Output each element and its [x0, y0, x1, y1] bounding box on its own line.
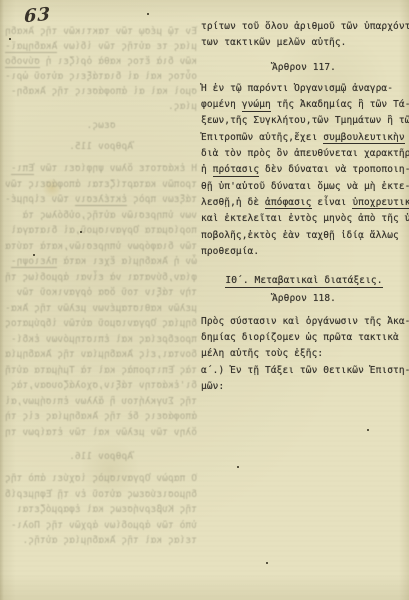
text-line: Ἡ ἐν τῷ παρόντι Ὀργανισμῷ ἀναγρα-	[201, 81, 407, 97]
article-heading: ΙΘ΄. Μεταβατικαὶ διατάξεις.	[201, 273, 407, 289]
text-line: μέλη αὐτῆς τοὺς ἑξῆς:	[201, 346, 407, 362]
text-line: Ἄρθρον 116.	[5, 449, 197, 464]
ink-speck	[9, 38, 11, 40]
text-line: τείας καὶ τῆς Ἀκαδημίας αὐτῆς.	[5, 533, 197, 549]
text-line: τῆς Συγκλήτου ἢ ἄλλων ἐπισήμων,αἱ	[5, 394, 197, 410]
text-line: τρίτων τοῦ ὅλου ἀριθμοῦ τῶν ὑπαρχόντων	[201, 19, 407, 35]
text-line: μίας τε αὐτῆς τῶν ἰδίων Ἀκαδημαϊ-	[5, 39, 197, 54]
article-heading: Ἄρθρον 116.	[5, 449, 197, 464]
article-heading: σεως.	[5, 118, 197, 133]
text-line: Ἄρθρον 115.	[5, 139, 197, 154]
text-line: φίαν,δύναται νὰ εἶναι ἁρμοδίως τῆς	[5, 270, 197, 286]
ink-speck	[80, 231, 82, 233]
text-line: διὰ τὸν πρὸς ὃν ἀπευθύνεται χαρακτῆρα	[201, 146, 407, 162]
text-line: ὧν ἡ Ἀκαδημία ἔχει κατὰ πλειοψη-	[5, 254, 197, 270]
text-line: μίας.	[5, 99, 197, 114]
text-line: τὴν τάξιν τοῦ ὅσα ὀργανικοῦ τῶν	[5, 285, 197, 301]
text-line: Ἐπιτροπῶν αὐτῆς,ἔχει συμβουλευτικὴν	[201, 130, 407, 146]
paragraph: τρίτων τοῦ ὅλου ἀριθμοῦ τῶν ὑπαρχόντωντω…	[201, 19, 407, 52]
text-line: Ἄρθρον 117.	[201, 60, 407, 76]
text-line: σμοὶ καὶ αἱ ἀποφάσεις τῆς Ἀκαδη-	[5, 84, 197, 99]
ink-speck	[237, 466, 239, 468]
text-line: προεδρείας καὶ ἐπιστημόνων ἐκδί-	[5, 332, 197, 348]
text-line: πορίσματα Ὀργανισμοῦ,αἱ διαταγαὶ	[5, 223, 197, 239]
text-line: σεως.	[5, 118, 197, 133]
ink-speck	[33, 254, 35, 256]
scanned-document-screenshot: { "page_number": "63", "colors": { "pape…	[0, 0, 409, 600]
text-line: Ἄρθρον 118.	[201, 291, 407, 307]
text-line: προθεσμία.	[201, 244, 407, 260]
paragraph: Ἡ ἐν τῷ παρόντι Ὀργανισμῷ ἀναγρα-φομένη …	[201, 81, 407, 260]
ink-speck	[367, 429, 369, 431]
text-line: κῶν διὰ ἔτος καθὰ ὁρίζει ἡ σύνοδος	[5, 54, 197, 69]
text-line: δημίας διορίζομεν ὡς πρῶτα τακτικὰ	[201, 330, 407, 346]
text-line: λεσθῇ,ἡ δὲ ἀπόφασις εἶναι ὑποχρευτικὴ	[201, 195, 407, 211]
text-line: Ἡ ἑκάστοτε ὅλων ψηφίσει τῶν Ἐπι-	[5, 161, 197, 177]
text-line: των τακτικῶν μελῶν αὐτῆς.	[201, 35, 407, 51]
text-line: οὗτος καὶ αἱ διατάξεις αὐτοῦ ὡρι-	[5, 69, 197, 84]
text-line: δονται,εἰς Ἀκαδημίαν τῆς Ἀκαδημίας	[5, 347, 197, 363]
text-line: τῶν διαφόρων ὑπηρεσιῶν,κατὰ ταύτας	[5, 239, 197, 255]
text-line: ΙΘ΄. Μεταβατικαὶ διατάξεις.	[201, 273, 407, 289]
text-line: καὶ ἐκτελεῖται ἐντὸς μηνὸς ἀπὸ τῆς ὑ-	[201, 211, 407, 227]
text-line: τάξεων πρὸς ἐκτέλεσιν τῶν εἰρημέ-	[5, 192, 197, 208]
article-heading: Ἄρθρον 115.	[5, 139, 197, 154]
paragraph: Ἡ ἑκάστοτε ὅλων ψηφίσει τῶν Ἐπι-τροπῶν κ…	[5, 161, 197, 440]
ink-speck	[147, 13, 149, 15]
text-line: δημοσιεύσεως αὐτοῦ ἐν τῇ Ἐφημερίδι	[5, 487, 197, 503]
text-line: μῶν:	[201, 379, 407, 395]
text-line: μελῶν καθισταμένων μελῶν τῆς Ἀκα-	[5, 301, 197, 317]
text-line: Ἐν τῷ μέσῳ τῶν τακτικῶν τῆς Ἀκαδη-	[5, 24, 197, 39]
text-line: ὑπὸ τῶν ἁρμοδίων ἀρχῶν τῆς Πολι-	[5, 518, 197, 534]
text-line: Πρὸς σύστασιν καὶ ὀργάνωσιν τῆς Ἀκα-	[201, 314, 407, 330]
paragraph: Ὁ παρὼν Ὀργανισμὸς ἰσχύει ἀπὸ τῆςδημοσιε…	[5, 471, 197, 549]
text-line: δι'ἑκάστην τάξιν,σχολάζουσαν,τὰς	[5, 378, 197, 394]
text-line: δημίας Ὀργανισμοῦ αὐτῶν ἱδρύματος	[5, 316, 197, 332]
article-heading: Ἄρθρον 118.	[201, 291, 407, 307]
text-line: τροπῶν καταρτίζεται ἀποφάσεις τῶν	[5, 177, 197, 193]
text-line: ποβολῆς,ἐκτὸς ἐὰν ταχθῇ ἰδίᾳ ἄλλως	[201, 228, 407, 244]
text-line: α΄.) Ἐν τῇ Τάξει τῶν Θετικῶν Ἐπιστη-	[201, 363, 407, 379]
text-line: τὰς Ἐπιτροπὰς καὶ τὰ Τμήματα αὐτῆς	[5, 363, 197, 379]
text-line: τῆς Κυβερνήσεως καὶ ἐφαρμόζεται	[5, 502, 197, 518]
text-line: φομένη γνώμη τῆς Ἀκαδημίας ἢ τῶν Τά-	[201, 97, 407, 113]
paper-background: 63 Ἐν τῷ μέσῳ τῶν τακτικῶν τῆς Ἀκαδη-μία…	[0, 0, 409, 600]
article-heading: Ἄρθρον 117.	[201, 60, 407, 76]
paragraph: Πρὸς σύστασιν καὶ ὀργάνωσιν τῆς Ἀκα-δημί…	[201, 314, 407, 395]
typed-text: τρίτων τοῦ ὅλου ἀριθμοῦ τῶν ὑπαρχόντωντω…	[201, 19, 407, 395]
text-line: Ὁ παρὼν Ὀργανισμὸς ἰσχύει ἀπὸ τῆς	[5, 471, 197, 487]
text-line: ἀποφάσεις δὲ τῆς Ἀκαδημίας εἰς τὴν	[5, 409, 197, 425]
bleedthrough-text: Ἐν τῷ μέσῳ τῶν τακτικῶν τῆς Ἀκαδη-μίας τ…	[5, 24, 197, 549]
text-line: θῇ ὑπ'αὐτοῦ δύναται ὅμως νὰ μὴ ἐκτε-	[201, 179, 407, 195]
text-line: ξεων,τῆς Συγκλήτου,τῶν Τμημάτων ἢ τῶν	[201, 113, 407, 129]
text-line: ὅλην τῶν μελῶν καὶ τῶν ἑταίρων της	[5, 425, 197, 441]
text-line: ἡ πρότασις δὲν δύναται νὰ τροποποιη-	[201, 162, 407, 178]
text-line: νων ὑπηρεσιῶν αὐτῆς,οὐδόλως τὰ	[5, 208, 197, 224]
ink-speck	[266, 562, 268, 564]
paragraph: Ἐν τῷ μέσῳ τῶν τακτικῶν τῆς Ἀκαδη-μίας τ…	[5, 24, 197, 114]
